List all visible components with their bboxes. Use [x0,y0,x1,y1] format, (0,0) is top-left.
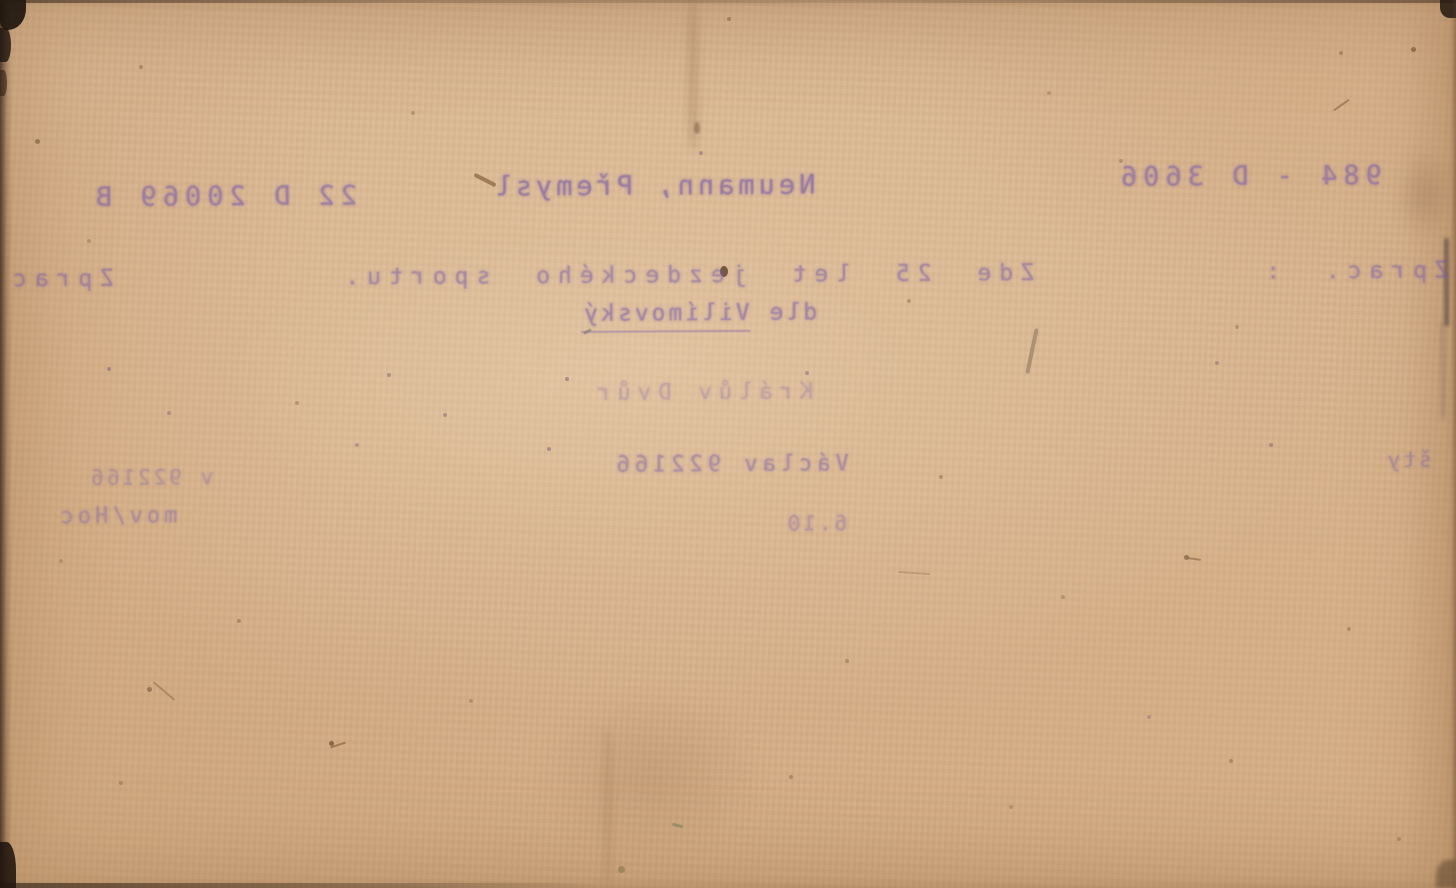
bleedthrough-ref-left-fragment: v 922166 [58,465,243,490]
bleedthrough-text-layer: 22 D 20069 B Neumann, Přemysl 984 - D 36… [0,0,1456,888]
subject-center: Zde 25 let jezdeckého sportu. [337,260,1035,290]
bleedthrough-place: Králův Dvůr [492,379,912,407]
scan-edge-left [0,0,12,888]
scan-edge-right [1451,0,1456,888]
attribution-prefix: dle [767,299,818,325]
scan-edge-top [0,0,1456,3]
bleedthrough-footer-left-fragment: mov/Hoc [14,503,219,529]
scanned-card-back: 22 D 20069 B Neumann, Přemysl 984 - D 36… [0,0,1456,888]
attribution-name: Vilímovský [581,300,750,333]
bleedthrough-subject-line: Zprac. : Zde 25 let jezdeckého sportu. Z… [5,258,1449,293]
scan-edge-blob [0,28,11,62]
bleedthrough-ref-center: Václav 922166 [540,451,920,478]
subject-left-end: Zprac [5,266,114,293]
bleedthrough-ref-right-fragment: šty [1362,448,1454,473]
scan-edge-blob [0,70,7,96]
bleedthrough-number-left: 22 D 20069 B [23,180,423,213]
bleedthrough-name: Neumann, Přemysl [438,169,868,203]
bleedthrough-attribution: dle Vilímovský [539,299,859,327]
bleedthrough-number-right: 984 - D 3606 [1050,160,1446,193]
subject-right-start: Zprac. : [1258,258,1449,285]
bleedthrough-footer-center-fragment: 6.10 [758,511,873,536]
scan-edge-bottom [0,883,600,888]
